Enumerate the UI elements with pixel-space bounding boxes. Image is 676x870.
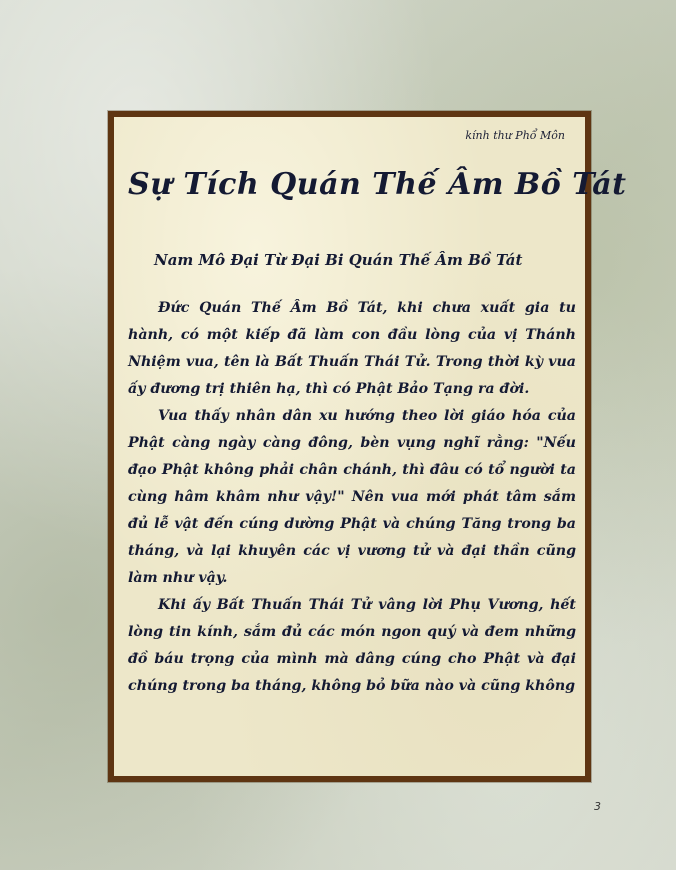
paragraph: Đức Quán Thế Âm Bồ Tát, khi chưa xuất gi… xyxy=(128,295,576,403)
page-number: 3 xyxy=(594,800,601,813)
invocation-line: Nam Mô Đại Từ Đại Bi Quán Thế Âm Bồ Tát xyxy=(154,251,574,269)
paragraph: Khi ấy Bất Thuấn Thái Tử vâng lời Phụ Vư… xyxy=(128,592,576,700)
paragraph: Vua thấy nhân dân xu hướng theo lời giáo… xyxy=(128,403,576,592)
page-title: Sự Tích Quán Thế Âm Bồ Tát xyxy=(128,167,568,202)
calligraphy-frame: kính thư Phổ Môn Sự Tích Quán Thế Âm Bồ … xyxy=(108,111,591,782)
signature: kính thư Phổ Môn xyxy=(465,129,565,142)
body-text: Đức Quán Thế Âm Bồ Tát, khi chưa xuất gi… xyxy=(128,295,576,700)
